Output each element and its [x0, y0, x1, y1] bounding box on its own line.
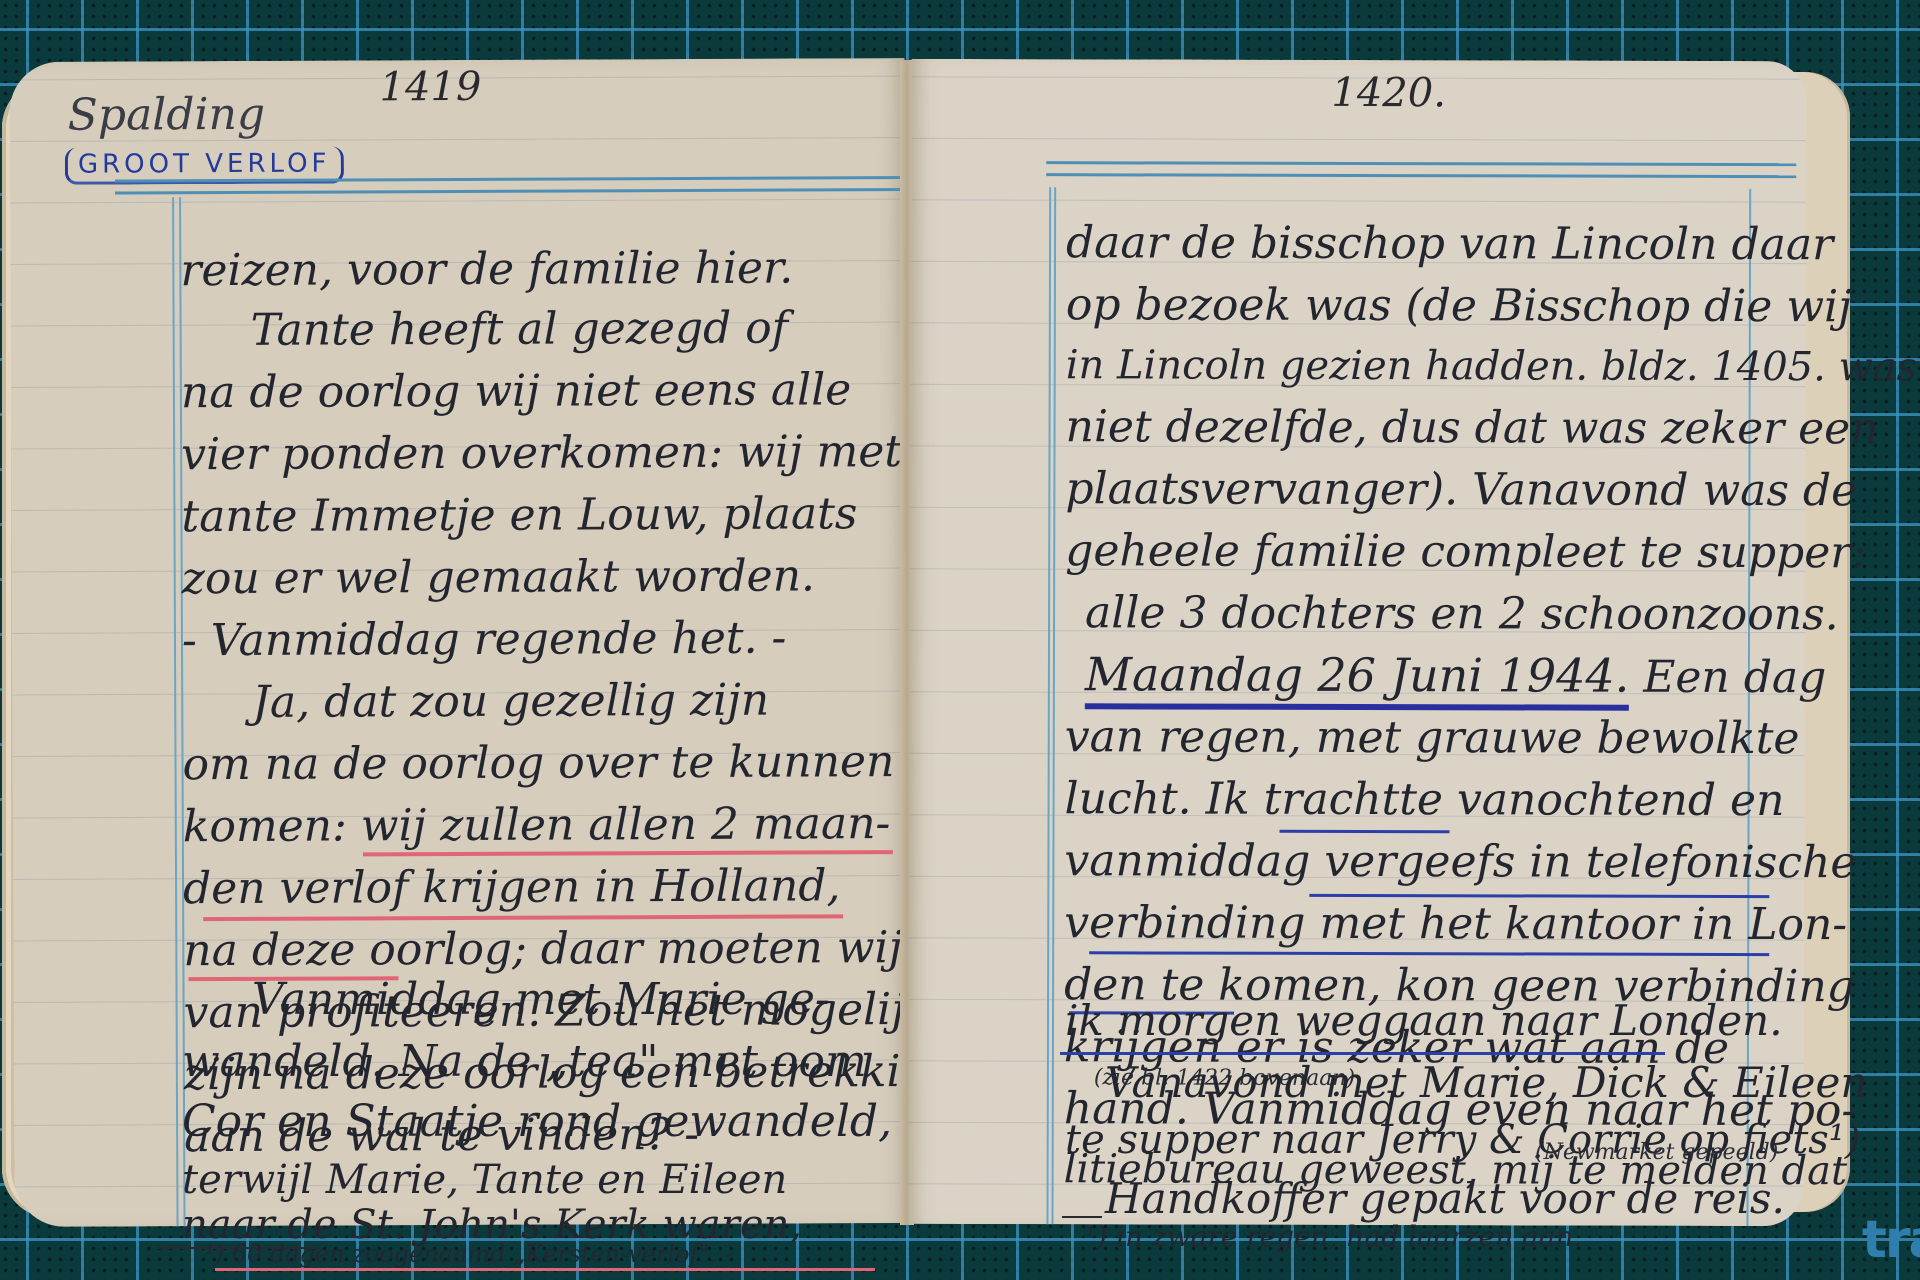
footnote-right: ¹) in zware regen, had laarzen aan.: [1085, 1220, 1582, 1253]
text-line: terwijl Marie, Tante en Eileen: [182, 1160, 787, 1200]
text-line: plaatsvervanger). Vanavond was de: [1065, 467, 1857, 513]
text-line: niet dezelfde, dus dat was zeker een: [1066, 405, 1879, 451]
text-line: alle 3 dochters en 2 schoonzoons.: [1085, 591, 1839, 637]
text-line: in Lincoln gezien hadden. bldz. 1405. wa…: [1066, 345, 1918, 387]
date-line-rest: Een dag: [1643, 652, 1826, 703]
text-line: verbinding met het kantoor in Lon-: [1064, 901, 1847, 947]
mat-watermark: tra: [1862, 1210, 1920, 1270]
red-underline: [215, 1268, 875, 1271]
date-heading: Maandag 26 Juni 1944.: [1085, 647, 1630, 710]
text-line: daar de bisschop van Lincoln daar: [1066, 221, 1833, 267]
blue-underline: [1060, 1052, 1665, 1055]
text-line: ik morgen weggaan naar Londen.: [1065, 1000, 1783, 1042]
margin-rule: [1046, 187, 1056, 1224]
blue-underline: [1280, 830, 1450, 833]
text-line: op bezoek was (de Bisschop die wij: [1066, 283, 1852, 329]
text-line: naar de St. John's Kerk waren,: [182, 1205, 802, 1245]
page-number-right: 1420.: [1331, 70, 1446, 116]
text-line: geheele familie compleet te supper:: [1065, 529, 1866, 575]
text-line: Cor en Staatje rond gewandeld,: [182, 1100, 892, 1144]
footnote-left: ¹) 60 dagen zoogenaamd „Kersten-verlof".…: [205, 1240, 733, 1268]
text-line: Handkoffer gepakt voor de reis.: [1105, 1178, 1785, 1220]
text-line: lucht. Ik trachtte vanochtend en: [1065, 777, 1785, 823]
text-line: vanmiddag vergeefs in telefonische: [1064, 839, 1856, 885]
footnote-rule: [1062, 1216, 1102, 1218]
margin-note: (Newmarket gepeeld): [1535, 1140, 1778, 1165]
text-line: van regen, met grauwe bewolkte: [1065, 715, 1800, 761]
date-line: Maandag 26 Juni 1944. Een dag: [1085, 651, 1827, 700]
text-line: Vanavond met Marie, Dick & Eileen: [1105, 1062, 1867, 1104]
text-line: Vanmiddag met Marie ge-: [252, 978, 830, 1022]
blue-underline: [1089, 951, 1769, 956]
header-rule: [1046, 161, 1796, 178]
left-page-text-lower: Vanmiddag met Marie ge- wandeld. Na de „…: [182, 0, 902, 1280]
text-line: wandeld. Na de „tea" met oom: [182, 1040, 867, 1084]
